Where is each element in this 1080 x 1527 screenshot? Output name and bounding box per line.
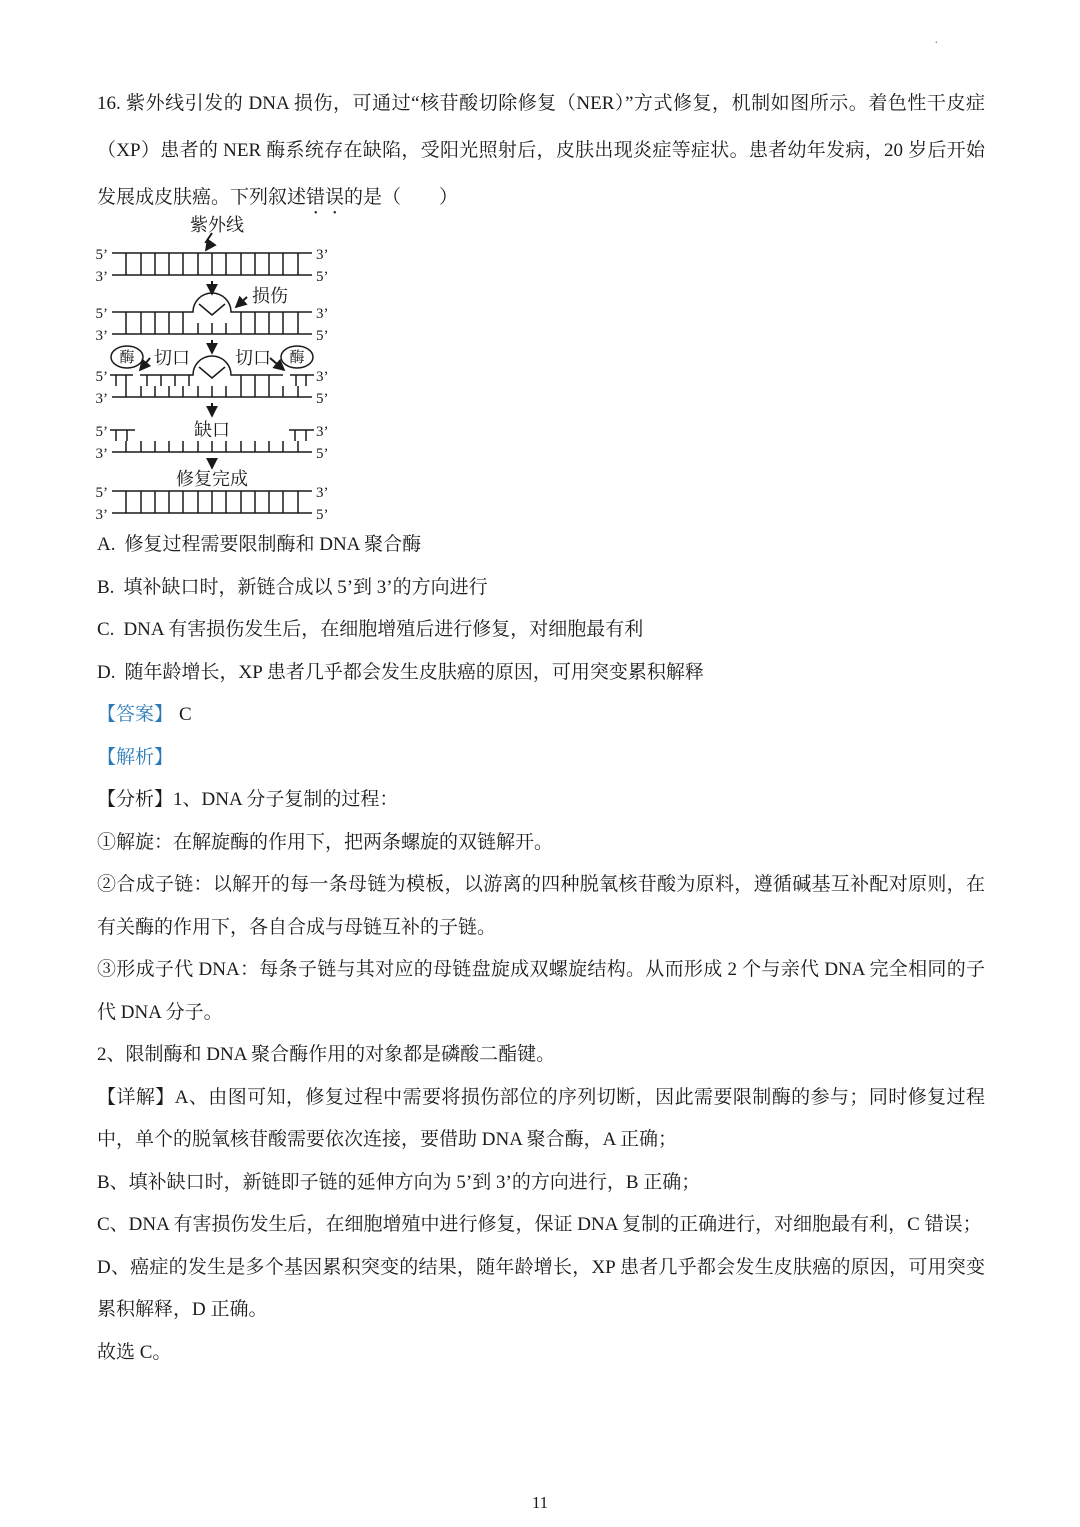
dna-duplex-stage4-gap: 缺口 5’ 3’ 3’ 5’	[96, 420, 329, 462]
prime-label: 5’	[96, 424, 109, 440]
page-number: 11	[0, 1493, 1080, 1513]
analysis-paragraph: ①解旋：在解旋酶的作用下，把两条螺旋的双链解开。	[97, 822, 985, 865]
lightning-bolt-icon	[206, 233, 212, 250]
stem-emphasized-word: 错误	[306, 187, 344, 208]
option-b: B.填补缺口时，新链合成以 5’到 3’的方向进行	[97, 567, 985, 610]
prime-label: 3’	[316, 306, 329, 322]
analysis-paragraph: 【分析】1、DNA 分子复制的过程：	[97, 779, 985, 822]
dna-duplex-stage3-incision: 酶 酶 切口 切口 5’ 3’ 3’ 5’	[96, 346, 329, 407]
option-d-text: 随年龄增长，XP 患者几乎都会发生皮肤癌的原因，可用突变累积解释	[124, 662, 703, 683]
ner-repair-diagram: 紫外线 5’ 3’ 3’ 5’ 5’ 3’	[90, 212, 340, 524]
option-c: C.DNA 有害损伤发生后，在细胞增殖后进行修复，对细胞最有利	[97, 609, 985, 652]
detail-paragraph: C、DNA 有害损伤发生后，在细胞增殖中进行修复，保证 DNA 复制的正确进行，…	[97, 1204, 985, 1247]
prime-label: 3’	[316, 369, 329, 385]
detail-paragraph: D、癌症的发生是多个基因累积突变的结果，随年龄增长，XP 患者几乎都会发生皮肤癌…	[97, 1247, 985, 1332]
dna-duplex-stage1: 5’ 3’ 3’ 5’	[96, 247, 329, 285]
prime-label: 3’	[96, 446, 109, 462]
question-body: A.修复过程需要限制酶和 DNA 聚合酶 B.填补缺口时，新链合成以 5’到 3…	[97, 524, 985, 1374]
option-a-text: 修复过程需要限制酶和 DNA 聚合酶	[124, 534, 421, 555]
gap-label: 缺口	[194, 420, 230, 440]
prime-label: 5’	[316, 446, 329, 462]
option-b-label: B.	[97, 577, 114, 598]
dna-duplex-stage2-damaged: 5’ 3’ 3’ 5’ 损伤	[96, 286, 329, 344]
question-block: 16. 紫外线引发的 DNA 损伤，可通过“核苷酸切除修复（NER）”方式修复，…	[97, 0, 985, 1374]
prime-label: 5’	[96, 485, 109, 501]
prime-label: 5’	[316, 391, 329, 407]
option-a-label: A.	[97, 534, 115, 555]
option-c-label: C.	[97, 619, 114, 640]
incision-label-left: 切口	[154, 348, 190, 368]
prime-label: 5’	[316, 269, 329, 285]
analysis-tag: 【解析】	[97, 747, 173, 768]
analysis-tag-line: 【解析】	[97, 737, 985, 780]
answer-tag: 【答案】	[97, 704, 173, 725]
stem-text-tail: 的是（ ）	[344, 187, 458, 208]
prime-label: 5’	[316, 328, 329, 344]
damage-label: 损伤	[252, 286, 288, 306]
analysis-paragraph: ②合成子链：以解开的每一条母链为模板，以游离的四种脱氧核苷酸为原料，遵循碱基互补…	[97, 864, 985, 949]
prime-label: 5’	[316, 507, 329, 523]
option-d: D.随年龄增长，XP 患者几乎都会发生皮肤癌的原因，可用突变累积解释	[97, 652, 985, 695]
conclusion: 故选 C。	[97, 1332, 985, 1375]
stem-text: 16. 紫外线引发的 DNA 损伤，可通过“核苷酸切除修复（NER）”方式修复，…	[97, 93, 985, 208]
dna-duplex-stage5-repaired: 修复完成 5’ 3’ 3’ 5’	[96, 469, 329, 523]
enzyme-label-right: 酶	[289, 349, 304, 366]
detail-paragraph: 【详解】A、由图可知，修复过程中需要将损伤部位的序列切断，因此需要限制酶的参与；…	[97, 1077, 985, 1162]
option-a: A.修复过程需要限制酶和 DNA 聚合酶	[97, 524, 985, 567]
prime-label: 3’	[96, 507, 109, 523]
analysis-paragraph: ③形成子代 DNA：每条子链与其对应的母链盘旋成双螺旋结构。从而形成 2 个与亲…	[97, 949, 985, 1034]
option-b-text: 填补缺口时，新链合成以 5’到 3’的方向进行	[123, 577, 487, 598]
prime-label: 3’	[316, 424, 329, 440]
repair-complete-label: 修复完成	[176, 469, 248, 489]
prime-label: 3’	[316, 485, 329, 501]
document-page: · 16. 紫外线引发的 DNA 损伤，可通过“核苷酸切除修复（NER）”方式修…	[0, 0, 1080, 1527]
prime-label: 5’	[96, 247, 109, 263]
option-c-text: DNA 有害损伤发生后，在细胞增殖后进行修复，对细胞最有利	[123, 619, 643, 640]
damage-pointer-arrow	[236, 297, 247, 307]
analysis-paragraph: 2、限制酶和 DNA 聚合酶作用的对象都是磷酸二酯键。	[97, 1034, 985, 1077]
prime-label: 3’	[96, 391, 109, 407]
detail-paragraph: B、填补缺口时，新链即子链的延伸方向为 5’到 3’的方向进行，B 正确；	[97, 1162, 985, 1205]
incision-label-right: 切口	[235, 348, 271, 368]
prime-label: 3’	[96, 269, 109, 285]
prime-label: 5’	[96, 306, 109, 322]
answer-line: 【答案】C	[97, 694, 985, 737]
option-d-label: D.	[97, 662, 115, 683]
uv-label: 紫外线	[190, 215, 244, 235]
prime-label: 5’	[96, 369, 109, 385]
answer-value: C	[179, 704, 192, 725]
enzyme-label-left: 酶	[119, 349, 134, 366]
prime-label: 3’	[316, 247, 329, 263]
question-stem: 16. 紫外线引发的 DNA 损伤，可通过“核苷酸切除修复（NER）”方式修复，…	[97, 80, 985, 221]
incision-arrow-left	[140, 358, 150, 370]
prime-label: 3’	[96, 328, 109, 344]
